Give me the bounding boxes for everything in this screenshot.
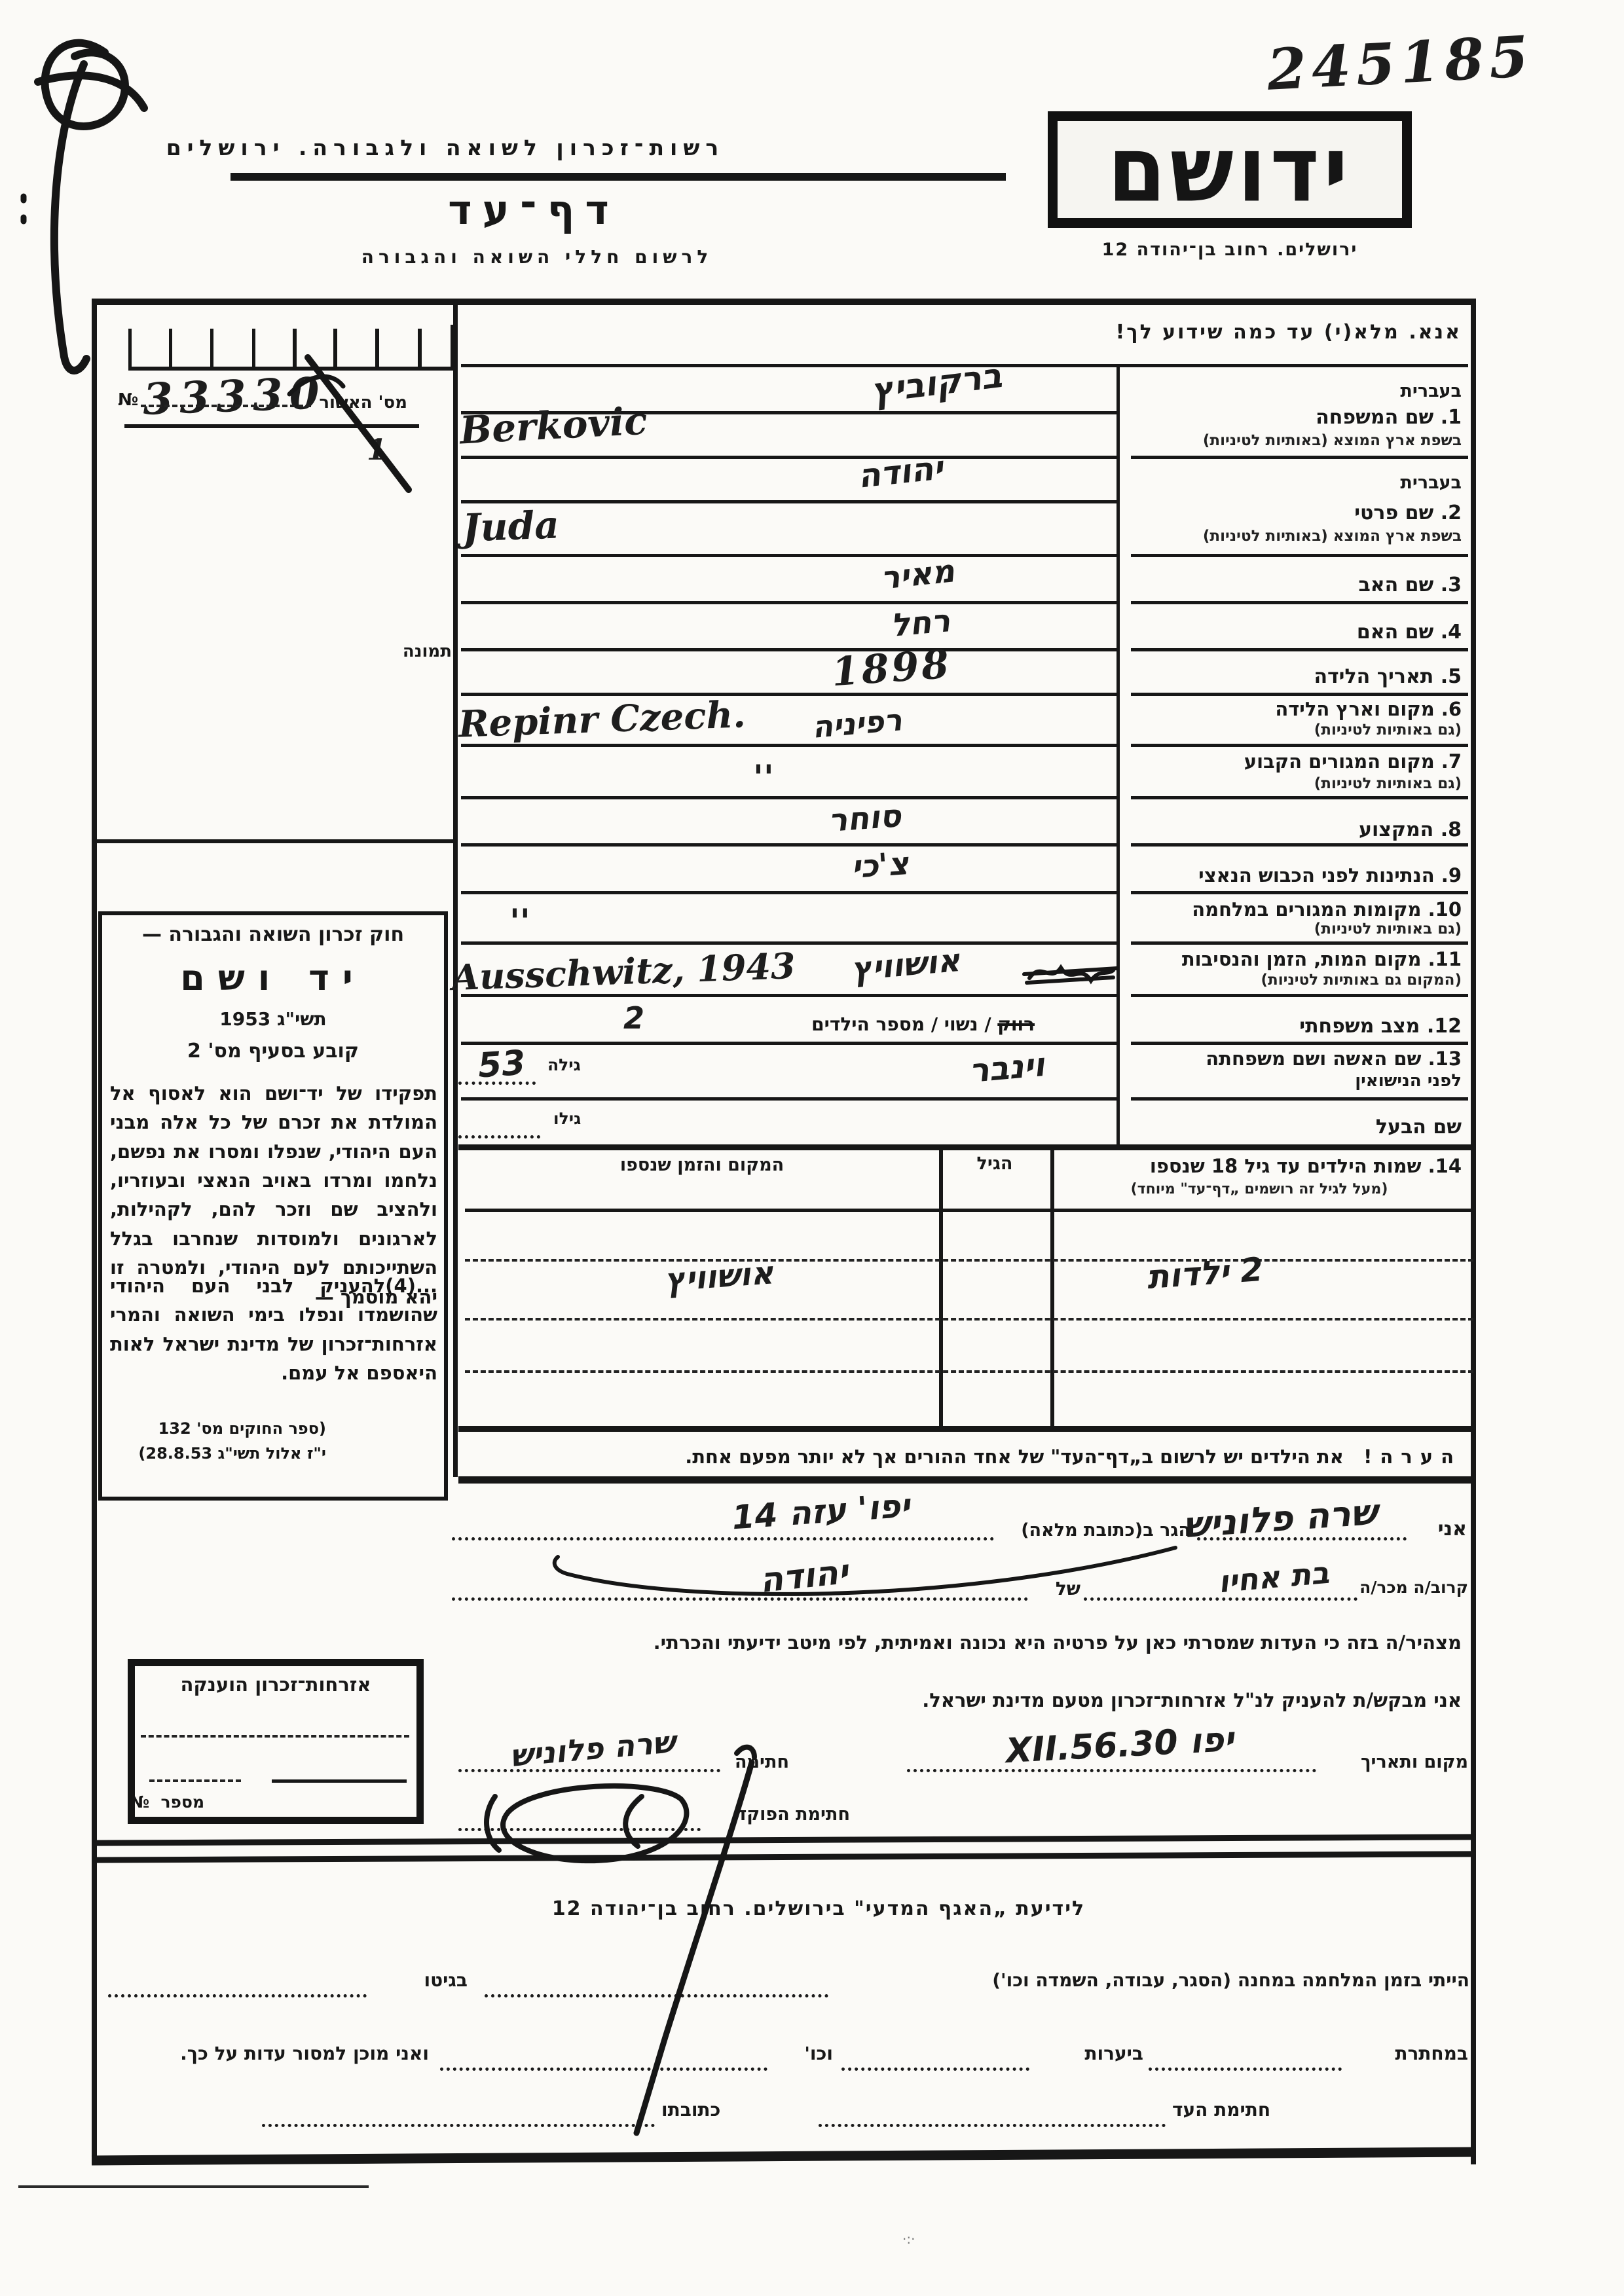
law-clause: ...(4)להעניק לבני העם היהודי שהושמדו ונפ… bbox=[110, 1271, 437, 1387]
rule bbox=[1131, 554, 1468, 557]
approval-label: מס' האשור bbox=[325, 393, 407, 412]
hw-death-place-hebrew: אושוויץ bbox=[850, 942, 961, 988]
hw-of-name: יהודה bbox=[758, 1552, 850, 1601]
decl-of-label: של bbox=[1035, 1578, 1080, 1599]
yad-vashem-logo-box: ידושם bbox=[1048, 111, 1412, 228]
rule bbox=[461, 891, 1116, 894]
field2-hebrew-tag: בעברית bbox=[1123, 473, 1462, 493]
rule bbox=[1131, 456, 1468, 459]
hw-birthplace-hebrew: רפיניה bbox=[811, 702, 904, 745]
table-header-underline bbox=[465, 1209, 1473, 1212]
decl-resides-label: הגר ב(כתובת מלאה) bbox=[1001, 1520, 1190, 1540]
law-name: יד ושם bbox=[105, 957, 441, 998]
bottom-border bbox=[92, 2147, 1476, 2166]
bottom-heading: לידיעת „האגף המדעי" בירושלים. רחוב בן־יה… bbox=[327, 1897, 1310, 1920]
law-heading: חוק זכרון השואה והגבורה — bbox=[105, 923, 441, 946]
form-border-top bbox=[92, 299, 1476, 305]
hw-wartime-residence-ditto: '' bbox=[509, 902, 530, 941]
rule bbox=[1131, 891, 1468, 894]
sidebar-divider bbox=[453, 299, 458, 1477]
hw-mother-name: רחל bbox=[889, 602, 951, 644]
approval-underline-dashed bbox=[141, 405, 311, 407]
rule bbox=[461, 1097, 1116, 1101]
hw-place-date: יפו 30.XII.56 bbox=[916, 1715, 1323, 1776]
forests-label: ביערות bbox=[1035, 2043, 1143, 2064]
field4-label: 4. שם האם bbox=[1123, 621, 1462, 644]
rule bbox=[1131, 843, 1468, 847]
hw-father-name: מאיר bbox=[879, 553, 956, 596]
rule bbox=[461, 693, 1116, 696]
children-count-handwritten: 2 bbox=[623, 1000, 644, 1036]
decl-place-date-label: מקום ותאריך bbox=[1329, 1752, 1468, 1772]
children-subheader: (מעל לגיל זה רושמים „דף־עד" מיוחד) bbox=[1057, 1181, 1462, 1197]
stamp-line-short bbox=[149, 1779, 241, 1782]
field3-label: 3. שם האב bbox=[1123, 574, 1462, 596]
etc-line bbox=[440, 2068, 767, 2071]
table-row-line bbox=[465, 1318, 1473, 1321]
rule bbox=[1131, 796, 1468, 799]
hw-firstname-hebrew: יהודה bbox=[856, 448, 944, 495]
stamp-line-short-2 bbox=[272, 1779, 407, 1783]
wife-age-line bbox=[458, 1082, 536, 1085]
decl-place-date-line bbox=[907, 1769, 1316, 1772]
form-subtitle: לרשום חללי השואה והגבורה bbox=[331, 246, 743, 268]
stamp-line bbox=[141, 1735, 409, 1738]
decl-relative-label: קרוב/ה מכר/ה bbox=[1362, 1578, 1468, 1597]
hw-citizenship: צ'כי bbox=[850, 845, 910, 886]
photo-box-bottom bbox=[92, 839, 458, 843]
law-section: קובע בסעיף מס' 2 bbox=[105, 1040, 441, 1063]
field13-label: 13. שם האשה ושם משפחתה bbox=[1123, 1048, 1462, 1070]
hw-children-place: אושוויץ bbox=[663, 1254, 775, 1298]
rule bbox=[1131, 1042, 1468, 1045]
decl-statement: מצהיר/ה בזה כי העדות שמסרתי כאן על פרטיה… bbox=[458, 1631, 1462, 1654]
decl-address-line bbox=[452, 1537, 994, 1540]
rule bbox=[461, 744, 1116, 747]
authority-line: רשות־זכרון לשואה ולגבורה. ירושלים bbox=[160, 135, 730, 160]
rule bbox=[1131, 994, 1468, 997]
hw-residence-ditto: '' bbox=[753, 758, 774, 797]
field1-label: 1. שם המשפחה bbox=[1123, 406, 1462, 429]
rule bbox=[1131, 693, 1468, 696]
field6-sublabel: (גם באותיות לטיניות) bbox=[1123, 721, 1462, 738]
stray-line bbox=[18, 2185, 369, 2188]
decl-name-line bbox=[1197, 1537, 1407, 1540]
stamp-number-label: מספר bbox=[161, 1793, 205, 1812]
rule bbox=[1131, 941, 1468, 945]
field2-label: 2. שם פרטי bbox=[1123, 501, 1462, 524]
logo-address: ירושלים. רחוב בן־יהודה 12 bbox=[1048, 240, 1412, 260]
rule bbox=[461, 796, 1116, 799]
rule bbox=[461, 1042, 1116, 1045]
hw-wife-name: וינבר bbox=[968, 1046, 1046, 1090]
col-place-header: המקום והזמן שנספו bbox=[465, 1155, 939, 1175]
field1-sublabel: בשפת ארץ המוצא (באותיות לטיניות) bbox=[1123, 432, 1462, 449]
approval-underline bbox=[124, 424, 419, 428]
stamp-number-row: № מספר bbox=[130, 1793, 204, 1812]
rule bbox=[461, 554, 1116, 557]
handwritten-ref-number: 245185 bbox=[1266, 26, 1492, 103]
stamp-title: אזרחות־זכרון הוענקה bbox=[134, 1673, 417, 1696]
form-title: דף־עד bbox=[435, 186, 632, 234]
field2-sublabel: בשפת ארץ המוצא (באותיות לטיניות) bbox=[1123, 528, 1462, 545]
hw-relation: בת אחיו bbox=[1217, 1555, 1331, 1600]
note-title: הערה! bbox=[1363, 1446, 1462, 1468]
option-single-struck: רווק bbox=[997, 1013, 1035, 1035]
field10-sublabel: (גם באותיות לטיניות) bbox=[1123, 920, 1462, 938]
rule bbox=[1131, 601, 1468, 604]
field5-label: 5. תאריך הלידה bbox=[1123, 665, 1462, 688]
table-col-divider bbox=[1050, 1144, 1054, 1431]
separator-line bbox=[92, 1834, 1476, 1846]
scanned-testimony-page: 245185 רשות־זכרון לשואה ולגבורה. ירושלים… bbox=[0, 0, 1624, 2296]
approval-number-handwritten: 33330 bbox=[142, 367, 327, 425]
scan-artifact: ·:· bbox=[902, 2231, 929, 2246]
rule bbox=[461, 843, 1116, 847]
note-text: את הילדים יש לרשום ב„דף־העד" של אחד ההור… bbox=[685, 1446, 1344, 1468]
decl-signature-label: חתימה bbox=[724, 1752, 789, 1772]
label-column-divider bbox=[1116, 364, 1120, 1146]
rule bbox=[461, 648, 1116, 651]
law-source-1: (ספר החוקים מס' 132 bbox=[110, 1419, 326, 1438]
law-source-2: י"ז אלול תשי"ג 28.8.53) bbox=[110, 1444, 326, 1463]
rule bbox=[461, 456, 1116, 459]
serial-tick-marks bbox=[128, 329, 456, 368]
field12-options: רווק / נשוי / מספר הילדים bbox=[648, 1013, 1035, 1035]
decl-official-line bbox=[458, 1828, 701, 1831]
hw-birth-year: 1898 bbox=[830, 642, 953, 696]
field1-hebrew-tag: בעברית bbox=[1123, 381, 1462, 401]
hw-profession: סוחר bbox=[827, 797, 902, 839]
camp-line bbox=[485, 1994, 828, 1997]
field8-label: 8. המקצוע bbox=[1123, 818, 1462, 841]
options-rest: / נשוי / מספר הילדים bbox=[811, 1013, 997, 1035]
fill-in-instruction: אנא. מלא(י) עד כמה שידוע לך! bbox=[1002, 321, 1462, 344]
children-header: 14. שמות הילדים עד גיל 18 שנספו bbox=[1057, 1155, 1462, 1177]
hw-birthplace-latin: Repinr Czech. bbox=[458, 693, 747, 746]
law-year: תשי"ג 1953 bbox=[105, 1008, 441, 1030]
decl-request: אני מבקש/ת להעניק לנ"ל אזרחות־זכרון מטעם… bbox=[458, 1689, 1462, 1711]
hw-death-place-latin: Ausschwitz, 1943 bbox=[451, 945, 796, 998]
field12-label: 12. מצב משפחתי bbox=[1123, 1015, 1462, 1038]
wife-age-handwritten: 53 bbox=[477, 1044, 526, 1086]
decl-signature-line bbox=[458, 1769, 720, 1772]
table-col-divider bbox=[939, 1144, 943, 1431]
note-bottom-border bbox=[458, 1476, 1475, 1484]
witness-addr-label: כתובתו bbox=[661, 2099, 786, 2121]
decl-official-label: חתימת הפוקד bbox=[706, 1804, 850, 1825]
field11-label: 11. מקום המות, הזמן והנסיבות bbox=[1123, 948, 1462, 970]
approval-number-sign: № bbox=[118, 390, 138, 410]
field11-sublabel: (המקום גם באותיות לטיניות) bbox=[1123, 972, 1462, 989]
form-border-left bbox=[92, 299, 97, 2164]
husband-age-line bbox=[458, 1135, 540, 1139]
field6-label: 6. מקום וארץ הלידה bbox=[1123, 698, 1462, 720]
field7-sublabel: (גם באותיות לטיניות) bbox=[1123, 775, 1462, 792]
testify-label: ואני מוכן למסור עדות על כך. bbox=[98, 2043, 429, 2064]
crossed-out-word bbox=[1024, 968, 1117, 983]
field13-label-2: לפני הנישואין bbox=[1123, 1071, 1462, 1091]
forests-line bbox=[841, 2068, 1029, 2071]
ghetto-label: בגיטו bbox=[376, 1969, 468, 1991]
rule bbox=[1131, 1097, 1468, 1101]
table-row-line bbox=[465, 1370, 1473, 1373]
hw-firstname-latin: Juda bbox=[462, 502, 560, 550]
hw-surname-latin: Berkovic bbox=[458, 399, 648, 453]
children-note: הערה! את הילדים יש לרשום ב„דף־העד" של אח… bbox=[458, 1446, 1462, 1468]
underground-line bbox=[1149, 2068, 1342, 2071]
wife-age-label: גילה bbox=[547, 1055, 606, 1074]
witness-addr-line bbox=[262, 2124, 655, 2127]
rule bbox=[461, 500, 1116, 503]
table-bottom-border bbox=[458, 1426, 1475, 1432]
stamp-number-sign: № bbox=[130, 1793, 149, 1812]
decl-of-line bbox=[452, 1597, 1028, 1601]
col-age-header: הגיל bbox=[939, 1154, 1050, 1174]
field7-label: 7. מקום המגורים הקבוע bbox=[1123, 750, 1462, 773]
corner-monogram-scribble bbox=[24, 43, 144, 371]
rule bbox=[1131, 744, 1468, 747]
yad-vashem-logo-text: ידושם bbox=[1107, 117, 1352, 223]
field9-label: 9. הנתינות לפני הכבוש הנאצי bbox=[1123, 864, 1462, 886]
hw-children-names: 2 ילדות bbox=[1066, 1245, 1343, 1302]
approval-sub-number-handwritten: 1 bbox=[367, 433, 387, 467]
ghetto-line bbox=[108, 1994, 367, 1997]
header-underline bbox=[231, 173, 1006, 181]
rule bbox=[1131, 648, 1468, 651]
table-top-border bbox=[458, 1144, 1475, 1150]
witness-sig-line bbox=[819, 2124, 1166, 2127]
etc-label: וכו' bbox=[777, 2043, 833, 2064]
separator-line bbox=[92, 1851, 1476, 1863]
field10-label: 10. מקומות המגורים במלחמה bbox=[1123, 898, 1462, 920]
address-underline-flourish bbox=[555, 1548, 1175, 1594]
decl-relation-line bbox=[1084, 1597, 1357, 1601]
camp-label: הייתי בזמן המלחמה במחנה (הסגר, עבודה, הש… bbox=[830, 1969, 1469, 1991]
witness-sig-label: חתימת העד bbox=[1172, 2099, 1362, 2121]
husband-label: שם הבעל bbox=[1123, 1116, 1462, 1139]
photo-label: תמונה bbox=[399, 642, 452, 661]
form-border-right bbox=[1471, 299, 1476, 2164]
rule bbox=[461, 601, 1116, 604]
underground-label: במחתרת bbox=[1349, 2043, 1468, 2064]
husband-age-label: גילו bbox=[553, 1109, 606, 1128]
